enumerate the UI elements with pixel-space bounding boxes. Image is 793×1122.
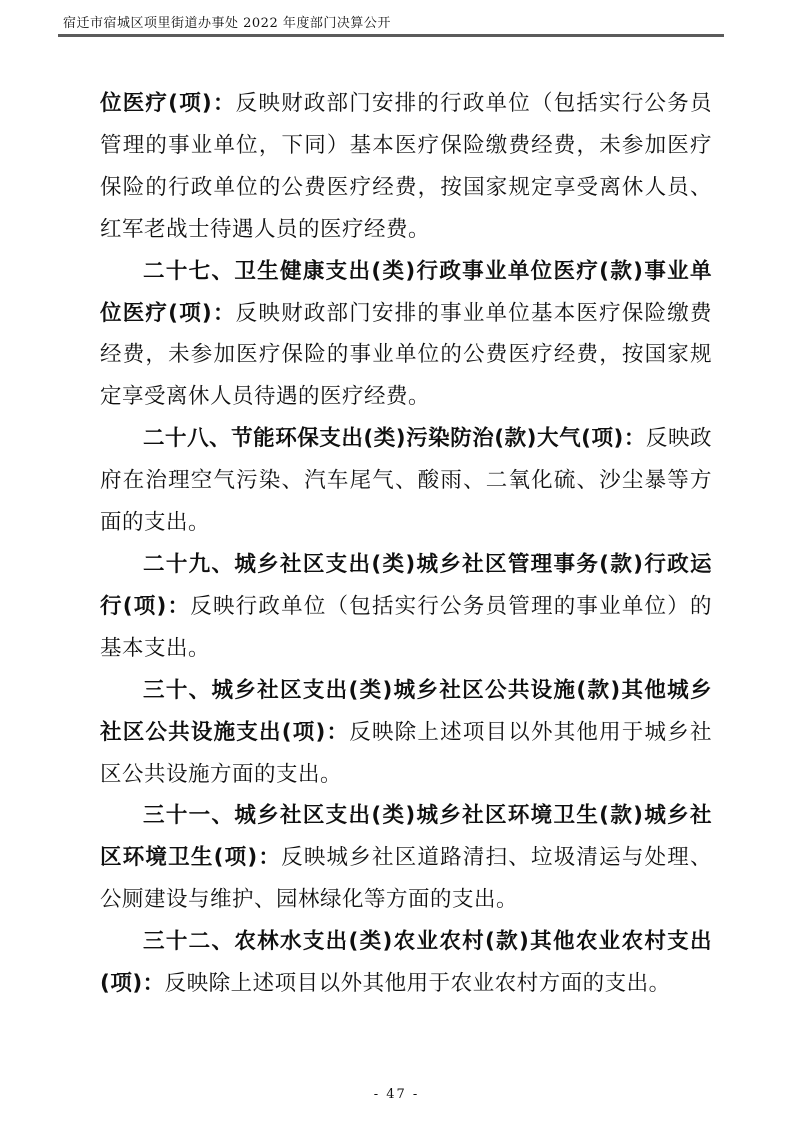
page-number: - 47 -	[374, 1087, 420, 1102]
paragraph: 三十、城乡社区支出(类)城乡社区公共设施(款)其他城乡社区公共设施支出(项)：反…	[100, 670, 712, 796]
page-footer: - 47 -	[0, 1083, 793, 1102]
page-header: 宿迁市宿城区项里街道办事处 2022 年度部门决算公开	[58, 12, 724, 37]
paragraph: 三十一、城乡社区支出(类)城乡社区环境卫生(款)城乡社区环境卫生(项)：反映城乡…	[100, 795, 712, 921]
header-title: 宿迁市宿城区项里街道办事处 2022 年度部门决算公开	[58, 12, 724, 31]
paragraph: 二十九、城乡社区支出(类)城乡社区管理事务(款)行政运行(项)：反映行政单位（包…	[100, 544, 712, 670]
paragraph: 位医疗(项)：反映财政部门安排的行政单位（包括实行公务员管理的事业单位，下同）基…	[100, 83, 712, 251]
header-divider	[58, 34, 724, 37]
paragraph-text: 反映除上述项目以外其他用于农业农村方面的支出。	[165, 971, 671, 996]
paragraph-text: 反映行政单位（包括实行公务员管理的事业单位）的基本支出。	[100, 594, 712, 661]
paragraph: 三十二、农林水支出(类)农业农村(款)其他农业农村支出(项)：反映除上述项目以外…	[100, 921, 712, 1005]
paragraph: 二十七、卫生健康支出(类)行政事业单位医疗(款)事业单位医疗(项)：反映财政部门…	[100, 251, 712, 419]
paragraph-lead: 二十八、节能环保支出(类)污染防治(款)大气(项)：	[143, 426, 646, 451]
paragraph-lead: 位医疗(项)：	[100, 91, 236, 116]
document-page: 宿迁市宿城区项里街道办事处 2022 年度部门决算公开 位医疗(项)：反映财政部…	[0, 0, 793, 1122]
document-body: 位医疗(项)：反映财政部门安排的行政单位（包括实行公务员管理的事业单位，下同）基…	[100, 83, 712, 1005]
paragraph: 二十八、节能环保支出(类)污染防治(款)大气(项)：反映政府在治理空气污染、汽车…	[100, 418, 712, 544]
